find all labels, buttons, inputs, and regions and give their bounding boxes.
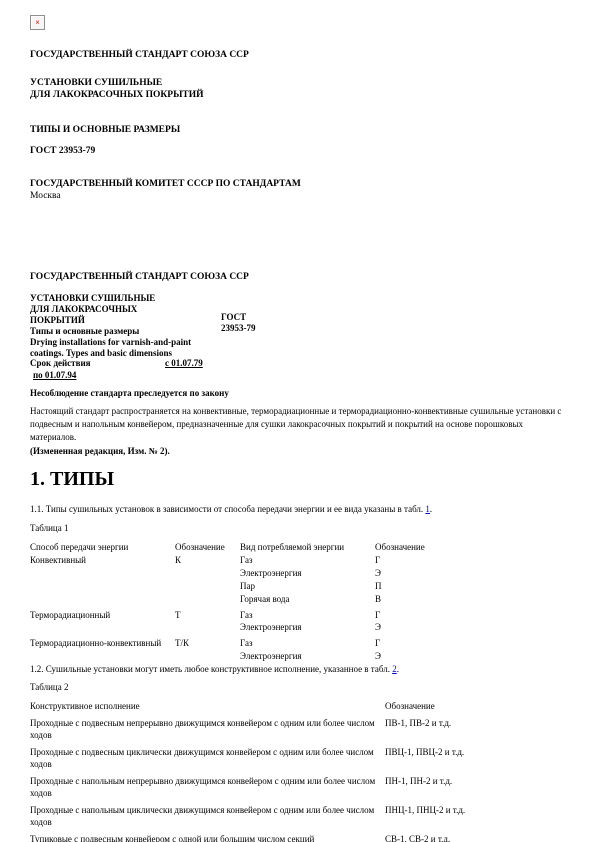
- table2-design: Проходные с напольным непрерывно движущи…: [30, 775, 385, 799]
- cover-title: УСТАНОВКИ СУШИЛЬНЫЕ ДЛЯ ЛАКОКРАСОЧНЫХ ПО…: [30, 78, 204, 101]
- table-row: Горячая вода В: [30, 593, 567, 606]
- table2-code: ПВЦ-1, ПВЦ-2 и т.д.: [385, 746, 565, 770]
- table1-energy: Газ: [240, 554, 375, 567]
- document-page: × ГОСУДАРСТВЕННЫЙ СТАНДАРТ СОЮЗА ССР УСТ…: [0, 0, 595, 842]
- paragraph-1-1: 1.1. Типы сушильных установок в зависимо…: [30, 504, 567, 515]
- table1-energy-code: Э: [375, 567, 455, 580]
- table2-design: Тупиковые с подвесным конвейером с одной…: [30, 833, 385, 842]
- table1-header-method: Способ передачи энергии: [30, 541, 175, 554]
- validity-label: Срок действия: [30, 358, 91, 368]
- doc-gost-number: 23953-79: [221, 323, 256, 334]
- table1-header-row: Способ передачи энергии Обозначение Вид …: [30, 541, 567, 554]
- table1-energy-code: В: [375, 593, 455, 606]
- doc-title-ru-line2: ДЛЯ ЛАКОКРАСОЧНЫХ ПОКРЫТИЙ: [30, 304, 193, 326]
- paragraph-1-1-text: 1.1. Типы сушильных установок в зависимо…: [30, 504, 425, 514]
- table-row: Конвективный К Газ Г: [30, 554, 567, 567]
- table1-caption: Таблица 1: [30, 523, 69, 534]
- table2-design: Проходные с напольным циклически движущи…: [30, 804, 385, 828]
- doc-title-en-line1: Drying installations for varnish-and-pai…: [30, 337, 193, 348]
- table-row: Электроэнергия Э: [30, 621, 567, 634]
- table2-header-row: Конструктивное исполнение Обозначение: [30, 700, 567, 712]
- table2: Конструктивное исполнение Обозначение Пр…: [30, 700, 567, 842]
- table-row: Терморадиационный Т Газ Г: [30, 609, 567, 622]
- paragraph-1-2: 1.2. Сушильные установки могут иметь люб…: [30, 664, 567, 675]
- table1-energy: Электроэнергия: [240, 650, 375, 663]
- table1-method-code: Т/К: [175, 637, 240, 650]
- table1-energy: Электроэнергия: [240, 621, 375, 634]
- paragraph-1-2-text: 1.2. Сушильные установки могут иметь люб…: [30, 664, 392, 674]
- section1-heading: 1. ТИПЫ: [30, 468, 114, 490]
- table2-header-code: Обозначение: [385, 700, 565, 712]
- doc-title-left: УСТАНОВКИ СУШИЛЬНЫЕ ДЛЯ ЛАКОКРАСОЧНЫХ ПО…: [30, 293, 193, 359]
- table2-code: ПВ-1, ПВ-2 и т.д.: [385, 717, 565, 741]
- doc-gost-block: ГОСТ 23953-79: [221, 312, 256, 334]
- validity-to: по 01.07.94: [33, 370, 567, 381]
- table1-header-energy: Вид потребляемой энергии: [240, 541, 375, 554]
- table1-energy: Электроэнергия: [240, 567, 375, 580]
- table-row: Проходные с подвесным непрерывно движущи…: [30, 717, 567, 741]
- broken-image-icon: ×: [30, 15, 45, 30]
- cover-committee-block: ГОСУДАРСТВЕННЫЙ КОМИТЕТ СССР ПО СТАНДАРТ…: [30, 179, 301, 202]
- table2-code: СВ-1, СВ-2 и т.д.: [385, 833, 565, 842]
- table-row: Электроэнергия Э: [30, 567, 567, 580]
- doc-subtitle-ru: Типы и основные размеры: [30, 326, 193, 337]
- doc-gost-label: ГОСТ: [221, 312, 256, 323]
- doc-standard-label: ГОСУДАРСТВЕННЫЙ СТАНДАРТ СОЮЗА ССР: [30, 272, 249, 284]
- table-row: Терморадиационно-конвективный Т/К Газ Г: [30, 637, 567, 650]
- validity-from: с 01.07.79: [165, 358, 203, 369]
- table2-design: Проходные с подвесным циклически движущи…: [30, 746, 385, 770]
- table1-energy: Горячая вода: [240, 593, 375, 606]
- paragraph-1-1-period: .: [430, 504, 432, 514]
- doc-title-block: УСТАНОВКИ СУШИЛЬНЫЕ ДЛЯ ЛАКОКРАСОЧНЫХ ПО…: [30, 293, 256, 359]
- table2-code: ПНЦ-1, ПНЦ-2 и т.д.: [385, 804, 565, 828]
- table1-header-code: Обозначение: [175, 541, 240, 554]
- paragraph-1-2-period: .: [397, 664, 399, 674]
- table1-energy-code: Г: [375, 609, 455, 622]
- table1-energy-code: Г: [375, 554, 455, 567]
- table1-method: Терморадиационно-конвективный: [30, 637, 175, 650]
- doc-title-ru-line1: УСТАНОВКИ СУШИЛЬНЫЕ: [30, 293, 193, 304]
- amendment-note: (Измененная редакция, Изм. № 2).: [30, 446, 170, 457]
- cover-title-line1: УСТАНОВКИ СУШИЛЬНЫЕ: [30, 78, 204, 90]
- table2-header-design: Конструктивное исполнение: [30, 700, 385, 712]
- table2-caption: Таблица 2: [30, 682, 69, 693]
- table-row: Тупиковые с подвесным конвейером с одной…: [30, 833, 567, 842]
- cover-subtitle: ТИПЫ И ОСНОВНЫЕ РАЗМЕРЫ: [30, 125, 180, 137]
- table1-energy-code: Г: [375, 637, 455, 650]
- cover-title-line2: ДЛЯ ЛАКОКРАСОЧНЫХ ПОКРЫТИЙ: [30, 90, 204, 102]
- table1-energy-code: Э: [375, 621, 455, 634]
- cover-gost-number: ГОСТ 23953-79: [30, 146, 95, 158]
- table1-method: Конвективный: [30, 554, 175, 567]
- table1-method-code: Т: [175, 609, 240, 622]
- table-row: Проходные с напольным циклически движущи…: [30, 804, 567, 828]
- cover-committee: ГОСУДАРСТВЕННЫЙ КОМИТЕТ СССР ПО СТАНДАРТ…: [30, 179, 301, 191]
- scope-paragraph: Настоящий стандарт распространяется на к…: [30, 405, 567, 444]
- cover-standard-label: ГОСУДАРСТВЕННЫЙ СТАНДАРТ СОЮЗА ССР: [30, 50, 249, 62]
- law-notice: Несоблюдение стандарта преследуется по з…: [30, 388, 229, 399]
- table-row: Проходные с подвесным циклически движущи…: [30, 746, 567, 770]
- validity-block: Срок действия с 01.07.79 по 01.07.94: [30, 358, 567, 381]
- cover-city: Москва: [30, 191, 301, 203]
- table1: Способ передачи энергии Обозначение Вид …: [30, 541, 567, 663]
- table1-method-code: К: [175, 554, 240, 567]
- table1-header-energy-code: Обозначение: [375, 541, 455, 554]
- table1-energy-code: Э: [375, 650, 455, 663]
- table2-code: ПН-1, ПН-2 и т.д.: [385, 775, 565, 799]
- table1-method: Терморадиационный: [30, 609, 175, 622]
- table1-energy: Газ: [240, 637, 375, 650]
- table1-energy: Пар: [240, 580, 375, 593]
- table-row: Пар П: [30, 580, 567, 593]
- table-row: Проходные с напольным непрерывно движущи…: [30, 775, 567, 799]
- broken-image-x-glyph: ×: [35, 19, 40, 27]
- table2-design: Проходные с подвесным непрерывно движущи…: [30, 717, 385, 741]
- table1-energy: Газ: [240, 609, 375, 622]
- table-row: Электроэнергия Э: [30, 650, 567, 663]
- table1-energy-code: П: [375, 580, 455, 593]
